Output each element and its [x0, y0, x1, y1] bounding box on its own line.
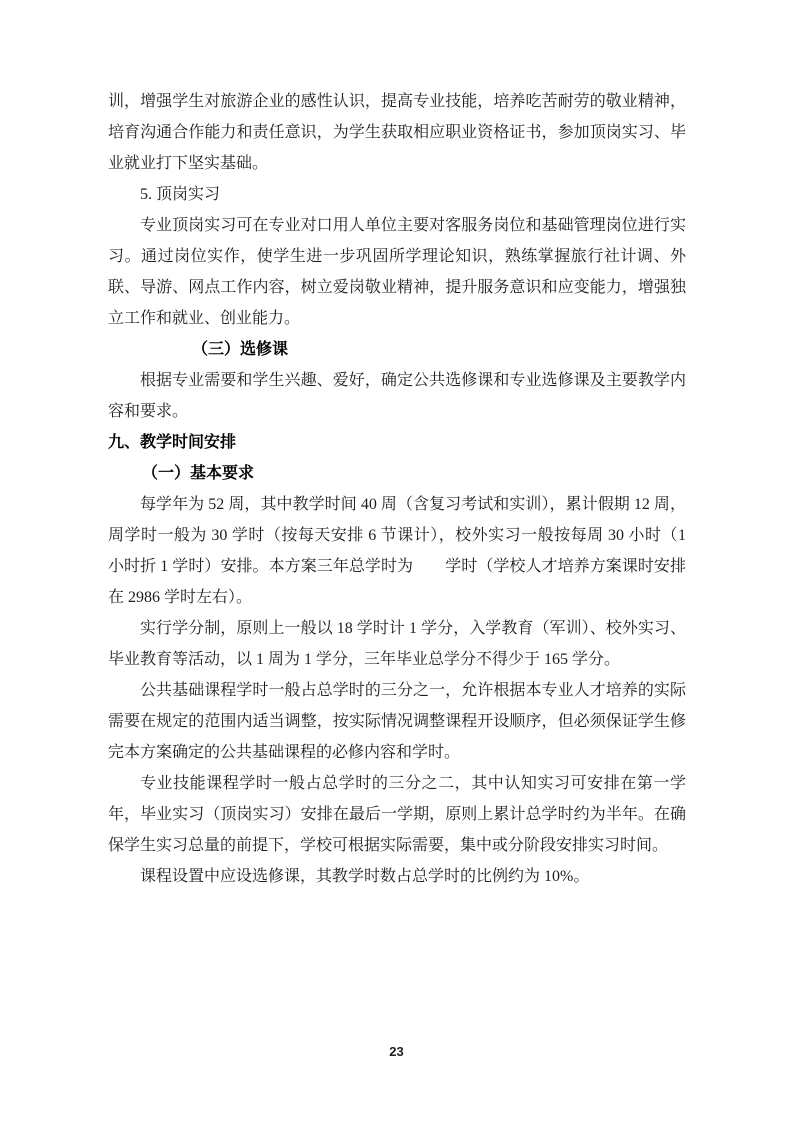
heading-section-9-teaching-time: 九、教学时间安排: [108, 427, 686, 458]
page-number: 23: [0, 1044, 793, 1059]
paragraph-elective-ratio: 课程设置中应设选修课，其教学时数占总学时的比例约为 10%。: [108, 861, 686, 892]
paragraph-continuation: 训，增强学生对旅游企业的感性认识，提高专业技能，培养吃苦耐劳的敬业精神，培育沟通…: [108, 86, 686, 179]
paragraph-skill-courses: 专业技能课程学时一般占总学时的三分之二，其中认知实习可安排在第一学年，毕业实习（…: [108, 768, 686, 861]
heading-elective-courses: （三）选修课: [108, 334, 686, 365]
heading-basic-requirements: （一）基本要求: [108, 458, 686, 489]
paragraph-internship: 专业顶岗实习可在专业对口用人单位主要对客服务岗位和基础管理岗位进行实习。通过岗位…: [108, 210, 686, 334]
page-content: 训，增强学生对旅游企业的感性认识，提高专业技能，培养吃苦耐劳的敬业精神，培育沟通…: [108, 86, 686, 892]
paragraph-schedule: 每学年为 52 周，其中教学时间 40 周（含复习考试和实训），累计假期 12 …: [108, 489, 686, 613]
paragraph-credits: 实行学分制，原则上一般以 18 学时计 1 学分，入学教育（军训）、校外实习、毕…: [108, 613, 686, 675]
paragraph-elective: 根据专业需要和学生兴趣、爱好，确定公共选修课和专业选修课及主要教学内容和要求。: [108, 365, 686, 427]
paragraph-public-courses: 公共基础课程学时一般占总学时的三分之一，允许根据本专业人才培养的实际需要在规定的…: [108, 675, 686, 768]
item-5-heading: 5. 顶岗实习: [108, 179, 686, 210]
document-page: 训，增强学生对旅游企业的感性认识，提高专业技能，培养吃苦耐劳的敬业精神，培育沟通…: [0, 0, 793, 1122]
